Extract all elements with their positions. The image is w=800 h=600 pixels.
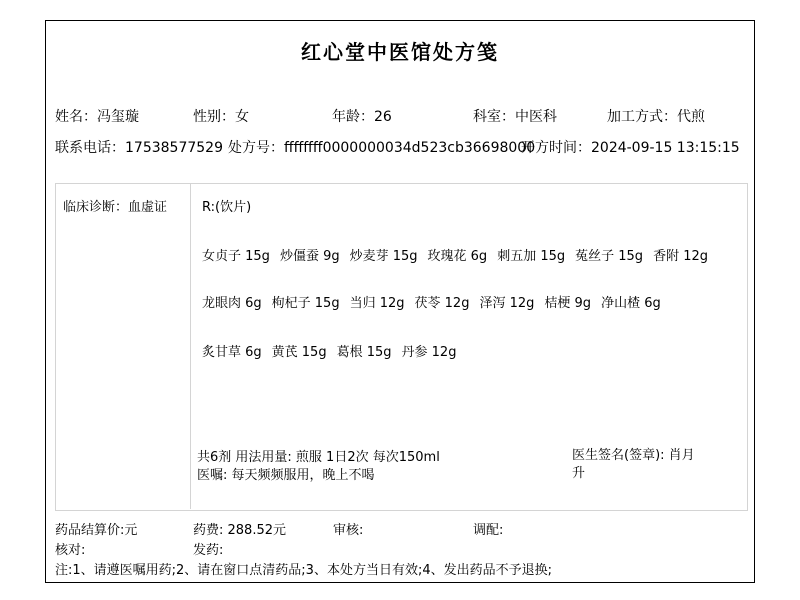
herb-entry: 炒僵蚕 9g: [280, 249, 340, 264]
doctor-signature: 医生签名(签章): 肖月升: [572, 447, 707, 483]
settle-price-field: 药品结算价:元: [55, 519, 137, 538]
age-label: 年龄：: [332, 109, 374, 125]
processing-method-value: 代煎: [677, 109, 705, 125]
herb-entry: 泽泻 12g: [479, 296, 534, 311]
age-field: 年龄：26: [332, 106, 392, 126]
processing-method-label: 加工方式：: [607, 109, 677, 125]
herb-entry: 龙眼肉 6g: [202, 296, 262, 311]
gender-label: 性别：: [193, 109, 235, 125]
herb-line-1: 女贞子 15g炒僵蚕 9g炒麦芽 15g玫瑰花 6g刺五加 15g菟丝子 15g…: [202, 245, 718, 264]
issue-time-field: 开方时间：2024-09-15 13:15:15: [521, 137, 740, 157]
patient-name-field: 姓名：冯玺璇: [55, 106, 139, 126]
prescription-number-field: 处方号：ffffffff0000000034d523cb36698000: [228, 137, 535, 157]
gender-value: 女: [235, 109, 249, 125]
issue-time-label: 开方时间：: [521, 140, 591, 156]
rx-header: R:(饮片): [202, 196, 251, 215]
processing-method-field: 加工方式：代煎: [607, 106, 705, 126]
dispense-field: 调配:: [473, 519, 503, 538]
age-value: 26: [374, 109, 392, 125]
herb-entry: 炙甘草 6g: [202, 345, 262, 360]
prescription-number-label: 处方号：: [228, 140, 284, 156]
herb-entry: 当归 12g: [350, 296, 405, 311]
herb-entry: 桔梗 9g: [544, 296, 591, 311]
phone-field: 联系电话：17538577529: [55, 137, 223, 157]
herb-entry: 丹参 12g: [402, 345, 457, 360]
herb-line-2: 龙眼肉 6g枸杞子 15g当归 12g茯苓 12g泽泻 12g桔梗 9g净山楂 …: [202, 292, 671, 311]
department-value: 中医科: [515, 109, 557, 125]
herb-entry: 玫瑰花 6g: [428, 249, 488, 264]
herb-entry: 葛根 15g: [337, 345, 392, 360]
herb-entry: 茯苓 12g: [415, 296, 470, 311]
herb-entry: 菟丝子 15g: [575, 249, 643, 264]
herb-entry: 枸杞子 15g: [272, 296, 340, 311]
prescription-page: { "header": { "title": "红心堂中医馆处方笺" }, "i…: [0, 0, 800, 600]
review-field: 审核:: [333, 519, 363, 538]
patient-name-value: 冯玺璇: [97, 109, 139, 125]
prescription-number-value: ffffffff0000000034d523cb36698000: [284, 140, 535, 156]
herb-entry: 黄芪 15g: [272, 345, 327, 360]
gender-field: 性别：女: [193, 106, 249, 126]
phone-label: 联系电话：: [55, 140, 125, 156]
patient-name-label: 姓名：: [55, 109, 97, 125]
diagnosis-field: 临床诊断：血虚证: [63, 196, 167, 215]
herb-entry: 炒麦芽 15g: [350, 249, 418, 264]
issue-time-value: 2024-09-15 13:15:15: [591, 140, 740, 156]
herb-entry: 女贞子 15g: [202, 249, 270, 264]
advice-line: 医嘱: 每天频频服用，晚上不喝: [197, 464, 375, 483]
diagnosis-value: 血虚证: [128, 200, 167, 215]
department-label: 科室：: [473, 109, 515, 125]
diagnosis-label: 临床诊断：: [63, 200, 128, 215]
department-field: 科室：中医科: [473, 106, 557, 126]
herb-entry: 刺五加 15g: [497, 249, 565, 264]
issue-field: 发药:: [193, 539, 223, 558]
check-field: 核对:: [55, 539, 85, 558]
notice-line: 注:1、请遵医嘱用药;2、请在窗口点清药品;3、本处方当日有效;4、发出药品不予…: [55, 559, 552, 578]
fee-field: 药费: 288.52元: [193, 519, 286, 538]
diagnosis-divider: [190, 184, 191, 509]
herb-line-3: 炙甘草 6g黄芪 15g葛根 15g丹参 12g: [202, 341, 466, 360]
phone-value: 17538577529: [125, 140, 223, 156]
prescription-title: 红心堂中医馆处方笺: [45, 36, 755, 65]
herb-entry: 香附 12g: [653, 249, 708, 264]
herb-entry: 净山楂 6g: [601, 296, 661, 311]
usage-line: 共6剂 用法用量: 煎服 1日2次 每次150ml: [197, 446, 440, 465]
